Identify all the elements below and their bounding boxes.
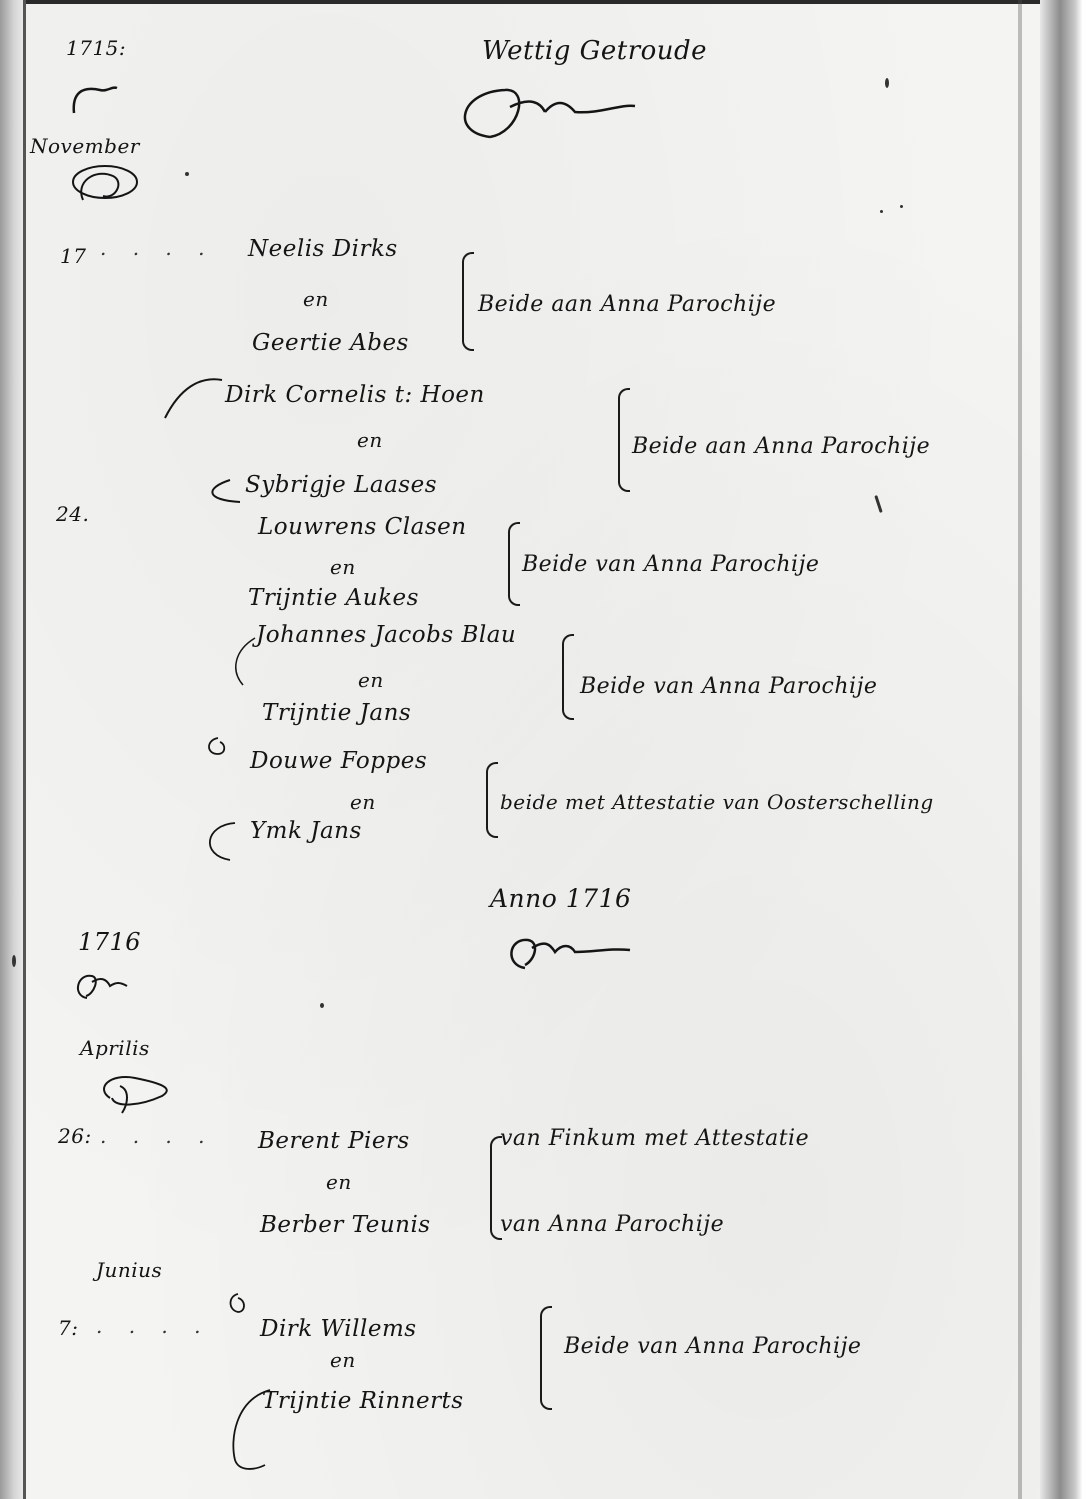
register-page: Wettig Getroude 1715: November 17 . . . …: [0, 0, 1090, 1499]
entry-brace: [486, 762, 498, 838]
section-flourish: [500, 930, 640, 975]
entry-remark: Beide van Anna Parochije: [580, 674, 877, 699]
bride-name: Trijntie Rinnerts: [262, 1388, 464, 1414]
conjunction-en: en: [330, 555, 356, 579]
entry-brace: [540, 1306, 552, 1410]
name-flourish: [195, 815, 255, 865]
register-title: Wettig Getroude: [482, 36, 707, 66]
margin-year-1715: 1715:: [66, 36, 126, 60]
ink-speck: [885, 78, 889, 88]
conjunction-en: en: [350, 790, 376, 814]
name-flourish: [200, 470, 250, 510]
margin-flourish: [72, 968, 132, 1003]
conjunction-en: en: [357, 428, 383, 452]
margin-flourish: [90, 1068, 190, 1118]
groom-name: Berent Piers: [258, 1128, 410, 1154]
entry-day: 7:: [58, 1316, 78, 1340]
ink-speck: [320, 1003, 324, 1008]
entry-remark-groom: van Finkum met Attestatie: [500, 1126, 809, 1151]
ink-speck: [874, 495, 882, 513]
entry-day: 26:: [58, 1124, 92, 1148]
name-flourish: [200, 732, 240, 762]
bride-name: Trijntie Jans: [262, 700, 411, 726]
entry-day: 17: [60, 244, 86, 268]
page-left-edge: [0, 0, 24, 1499]
margin-month-junius: Junius: [96, 1258, 162, 1282]
bride-name: Berber Teunis: [260, 1212, 431, 1238]
leader-dots: . . . .: [96, 1314, 211, 1338]
entry-brace: [618, 388, 630, 492]
leader-dots: . . . .: [100, 236, 215, 260]
entry-brace: [508, 522, 520, 606]
name-flourish: [220, 1290, 260, 1320]
groom-name: Johannes Jacobs Blau: [256, 622, 516, 648]
conjunction-en: en: [326, 1170, 352, 1194]
bride-name: Sybrigje Laases: [245, 472, 437, 498]
groom-name: Louwrens Clasen: [258, 514, 467, 540]
entry-brace: [562, 634, 574, 720]
groom-name: Dirk Willems: [260, 1316, 417, 1342]
ink-speck: [880, 210, 883, 213]
conjunction-en: en: [303, 287, 329, 311]
entry-remark-bride: van Anna Parochije: [500, 1212, 724, 1237]
margin-flourish: [62, 78, 122, 118]
binding-shadow: [1018, 0, 1022, 1499]
ink-speck: [12, 955, 16, 967]
conjunction-en: en: [358, 668, 384, 692]
margin-month-november: November: [30, 134, 140, 158]
groom-name: Neelis Dirks: [248, 236, 398, 262]
groom-name: Dirk Cornelis t: Hoen: [225, 382, 485, 408]
name-flourish: [160, 368, 230, 428]
ink-speck: [900, 205, 903, 208]
page-top-edge: [0, 0, 1090, 4]
margin-month-aprilis: Aprilis: [80, 1036, 150, 1060]
leader-dots: . . . .: [100, 1124, 215, 1148]
entry-day: 24.: [56, 502, 89, 526]
section-heading-year: Anno 1716: [490, 884, 631, 913]
groom-name: Douwe Foppes: [250, 748, 427, 774]
entry-brace: [462, 252, 474, 351]
entry-remark: Beide van Anna Parochije: [564, 1334, 861, 1359]
page-right-edge: [1040, 0, 1090, 1499]
margin-rule: [23, 0, 26, 1499]
bride-name: Geertie Abes: [252, 330, 409, 356]
margin-year-1716: 1716: [78, 928, 141, 956]
ink-speck: [185, 172, 189, 176]
title-flourish: [450, 82, 680, 152]
margin-flourish: [65, 160, 160, 215]
entry-remark: Beide aan Anna Parochije: [478, 292, 776, 317]
bride-name: Ymk Jans: [250, 818, 362, 844]
entry-remark: Beide van Anna Parochije: [522, 552, 819, 577]
bride-name: Trijntie Aukes: [248, 585, 419, 611]
entry-remark: beide met Attestatie van Oosterschelling: [500, 790, 934, 814]
conjunction-en: en: [330, 1348, 356, 1372]
entry-remark: Beide aan Anna Parochije: [632, 434, 930, 459]
